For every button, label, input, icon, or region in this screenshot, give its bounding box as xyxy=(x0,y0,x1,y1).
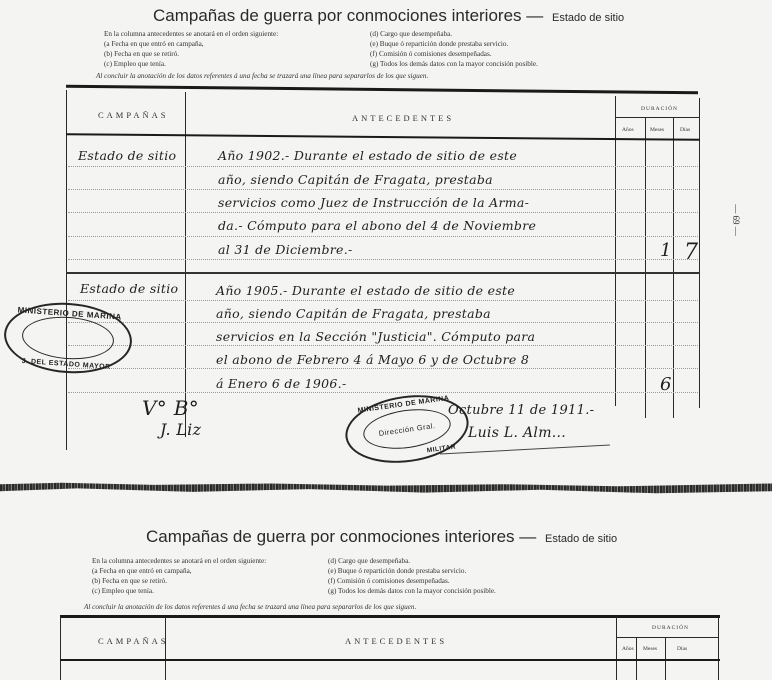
form-title-text: Campañas de guerra por conmociones inter… xyxy=(153,6,543,25)
signature-flourish xyxy=(440,445,610,455)
col-divider-antecedentes xyxy=(616,617,617,680)
form-title-text: Campañas de guerra por conmociones inter… xyxy=(146,527,536,546)
form-title: Campañas de guerra por conmociones inter… xyxy=(146,527,617,547)
header-campanas: CAMPAÑAS xyxy=(98,636,168,646)
header-meses: Meses xyxy=(643,646,657,652)
table-right-border xyxy=(699,98,700,408)
instructions-left: (a Fecha en que entró en campaña, (b) Fe… xyxy=(92,566,192,596)
header-anos: Años xyxy=(622,127,634,133)
col-divider-campanas xyxy=(185,92,186,437)
entry-campana: Estado de sitio xyxy=(78,148,176,163)
table-left-border xyxy=(60,617,61,680)
instruction-b: (b) Fecha en que se retiró. xyxy=(92,576,192,586)
table-left-border xyxy=(66,90,67,450)
table-right-border xyxy=(718,617,719,680)
header-meses: Meses xyxy=(650,127,664,133)
entry-meses: 1 xyxy=(660,240,672,261)
form-subtitle: Estado de sitio xyxy=(545,533,617,545)
header-bottom-rule xyxy=(66,133,700,141)
page-number: — 69 — xyxy=(731,204,741,236)
header-duracion: DURACIÓN xyxy=(641,106,678,112)
entry-antecedentes-line: á Enero 6 de 1906.- xyxy=(216,376,346,391)
duracion-subheader-line xyxy=(616,637,718,638)
col-divider-antecedentes xyxy=(615,96,616,406)
header-antecedentes: ANTECEDENTES xyxy=(345,636,447,646)
date-line: Octubre 11 de 1911.- xyxy=(448,403,594,418)
signature: Luis L. Alm... xyxy=(468,425,566,441)
instruction-c: (c) Empleo que tenía. xyxy=(104,59,204,69)
instruction-e: (e) Buque ó repartición donde prestaba s… xyxy=(370,39,538,49)
instructions-intro: En la columna antecedentes se anotará en… xyxy=(104,29,278,39)
instruction-c: (c) Empleo que tenía. xyxy=(92,586,192,596)
instructions-right: (d) Cargo que desempeñaba. (e) Buque ó r… xyxy=(370,29,538,69)
instructions-note: Al concluir la anotación de los datos re… xyxy=(84,603,416,611)
header-campanas: CAMPAÑAS xyxy=(98,110,168,120)
entry-dias: 6 xyxy=(660,374,672,395)
stamp-estado-mayor: MINISTERIO DE MARINA J. DEL ESTADO MAYOR xyxy=(2,299,135,378)
header-antecedentes: ANTECEDENTES xyxy=(352,113,454,123)
stamp-text-bottom: J. DEL ESTADO MAYOR xyxy=(21,358,110,371)
entry-campana: Estado de sitio xyxy=(80,281,178,296)
instruction-a: (a Fecha en que entró en campaña, xyxy=(92,566,192,576)
entry-antecedentes-line: Año 1905.- Durante el estado de sitio de… xyxy=(216,283,515,298)
header-anos: Años xyxy=(622,646,634,652)
form-subtitle: Estado de sitio xyxy=(552,12,624,24)
entry-separator xyxy=(66,272,700,274)
entry-antecedentes-line: da.- Cómputo para el abono del 4 de Novi… xyxy=(218,218,536,233)
stamp-direccion-general: MINISTERIO DE MARINA Dirección Gral. MIL… xyxy=(341,388,473,471)
entry-antecedentes-line: Año 1902.- Durante el estado de sitio de… xyxy=(218,148,517,163)
col-divider-anos xyxy=(645,118,646,418)
instructions-right: (d) Cargo que desempeñaba. (e) Buque ó r… xyxy=(328,556,496,596)
approval-signature: J. Liz xyxy=(160,420,201,439)
table-top-rule xyxy=(66,85,698,95)
header-duracion: DURACIÓN xyxy=(652,625,689,631)
duracion-subheader-line xyxy=(615,117,699,118)
entry-antecedentes-line: servicios como Juez de Instrucción de la… xyxy=(218,195,529,210)
entry-antecedentes-line: año, siendo Capitán de Fragata, prestaba xyxy=(216,306,491,321)
table-top-rule xyxy=(60,615,720,618)
instruction-g: (g) Todos los demás datos con la mayor c… xyxy=(328,586,496,596)
instruction-a: (a Fecha en que entró en campaña, xyxy=(104,39,204,49)
entry-antecedentes-line: año, siendo Capitán de Fragata, prestaba xyxy=(218,172,493,187)
instruction-d: (d) Cargo que desempeñaba. xyxy=(328,556,496,566)
approval-mark: V° B° xyxy=(142,396,199,420)
instruction-e: (e) Buque ó repartición donde prestaba s… xyxy=(328,566,496,576)
instructions-left: (a Fecha en que entró en campaña, (b) Fe… xyxy=(104,39,204,69)
col-divider-meses xyxy=(673,118,674,418)
instruction-f: (f) Comisión ó comisiones desempeñadas. xyxy=(370,49,538,59)
page-break-edge xyxy=(0,480,772,494)
instructions-note: Al concluir la anotación de los datos re… xyxy=(96,72,428,80)
header-dias: Días xyxy=(680,127,690,133)
instruction-g: (g) Todos los demás datos con la mayor c… xyxy=(370,59,538,69)
instructions-intro: En la columna antecedentes se anotará en… xyxy=(92,556,266,566)
instruction-f: (f) Comisión ó comisiones desempeñadas. xyxy=(328,576,496,586)
entry-dias: 7 xyxy=(684,240,698,265)
form-title: Campañas de guerra por conmociones inter… xyxy=(153,6,624,26)
instruction-b: (b) Fecha en que se retiró. xyxy=(104,49,204,59)
col-divider-campanas xyxy=(165,617,166,680)
entry-antecedentes-line: servicios en la Sección "Justicia". Cómp… xyxy=(216,329,535,344)
entry-antecedentes-line: el abono de Febrero 4 á Mayo 6 y de Octu… xyxy=(216,352,529,367)
instruction-d: (d) Cargo que desempeñaba. xyxy=(370,29,538,39)
header-dias: Días xyxy=(677,646,687,652)
header-bottom-rule xyxy=(60,659,720,661)
entry-antecedentes-line: al 31 de Diciembre.- xyxy=(218,242,353,257)
